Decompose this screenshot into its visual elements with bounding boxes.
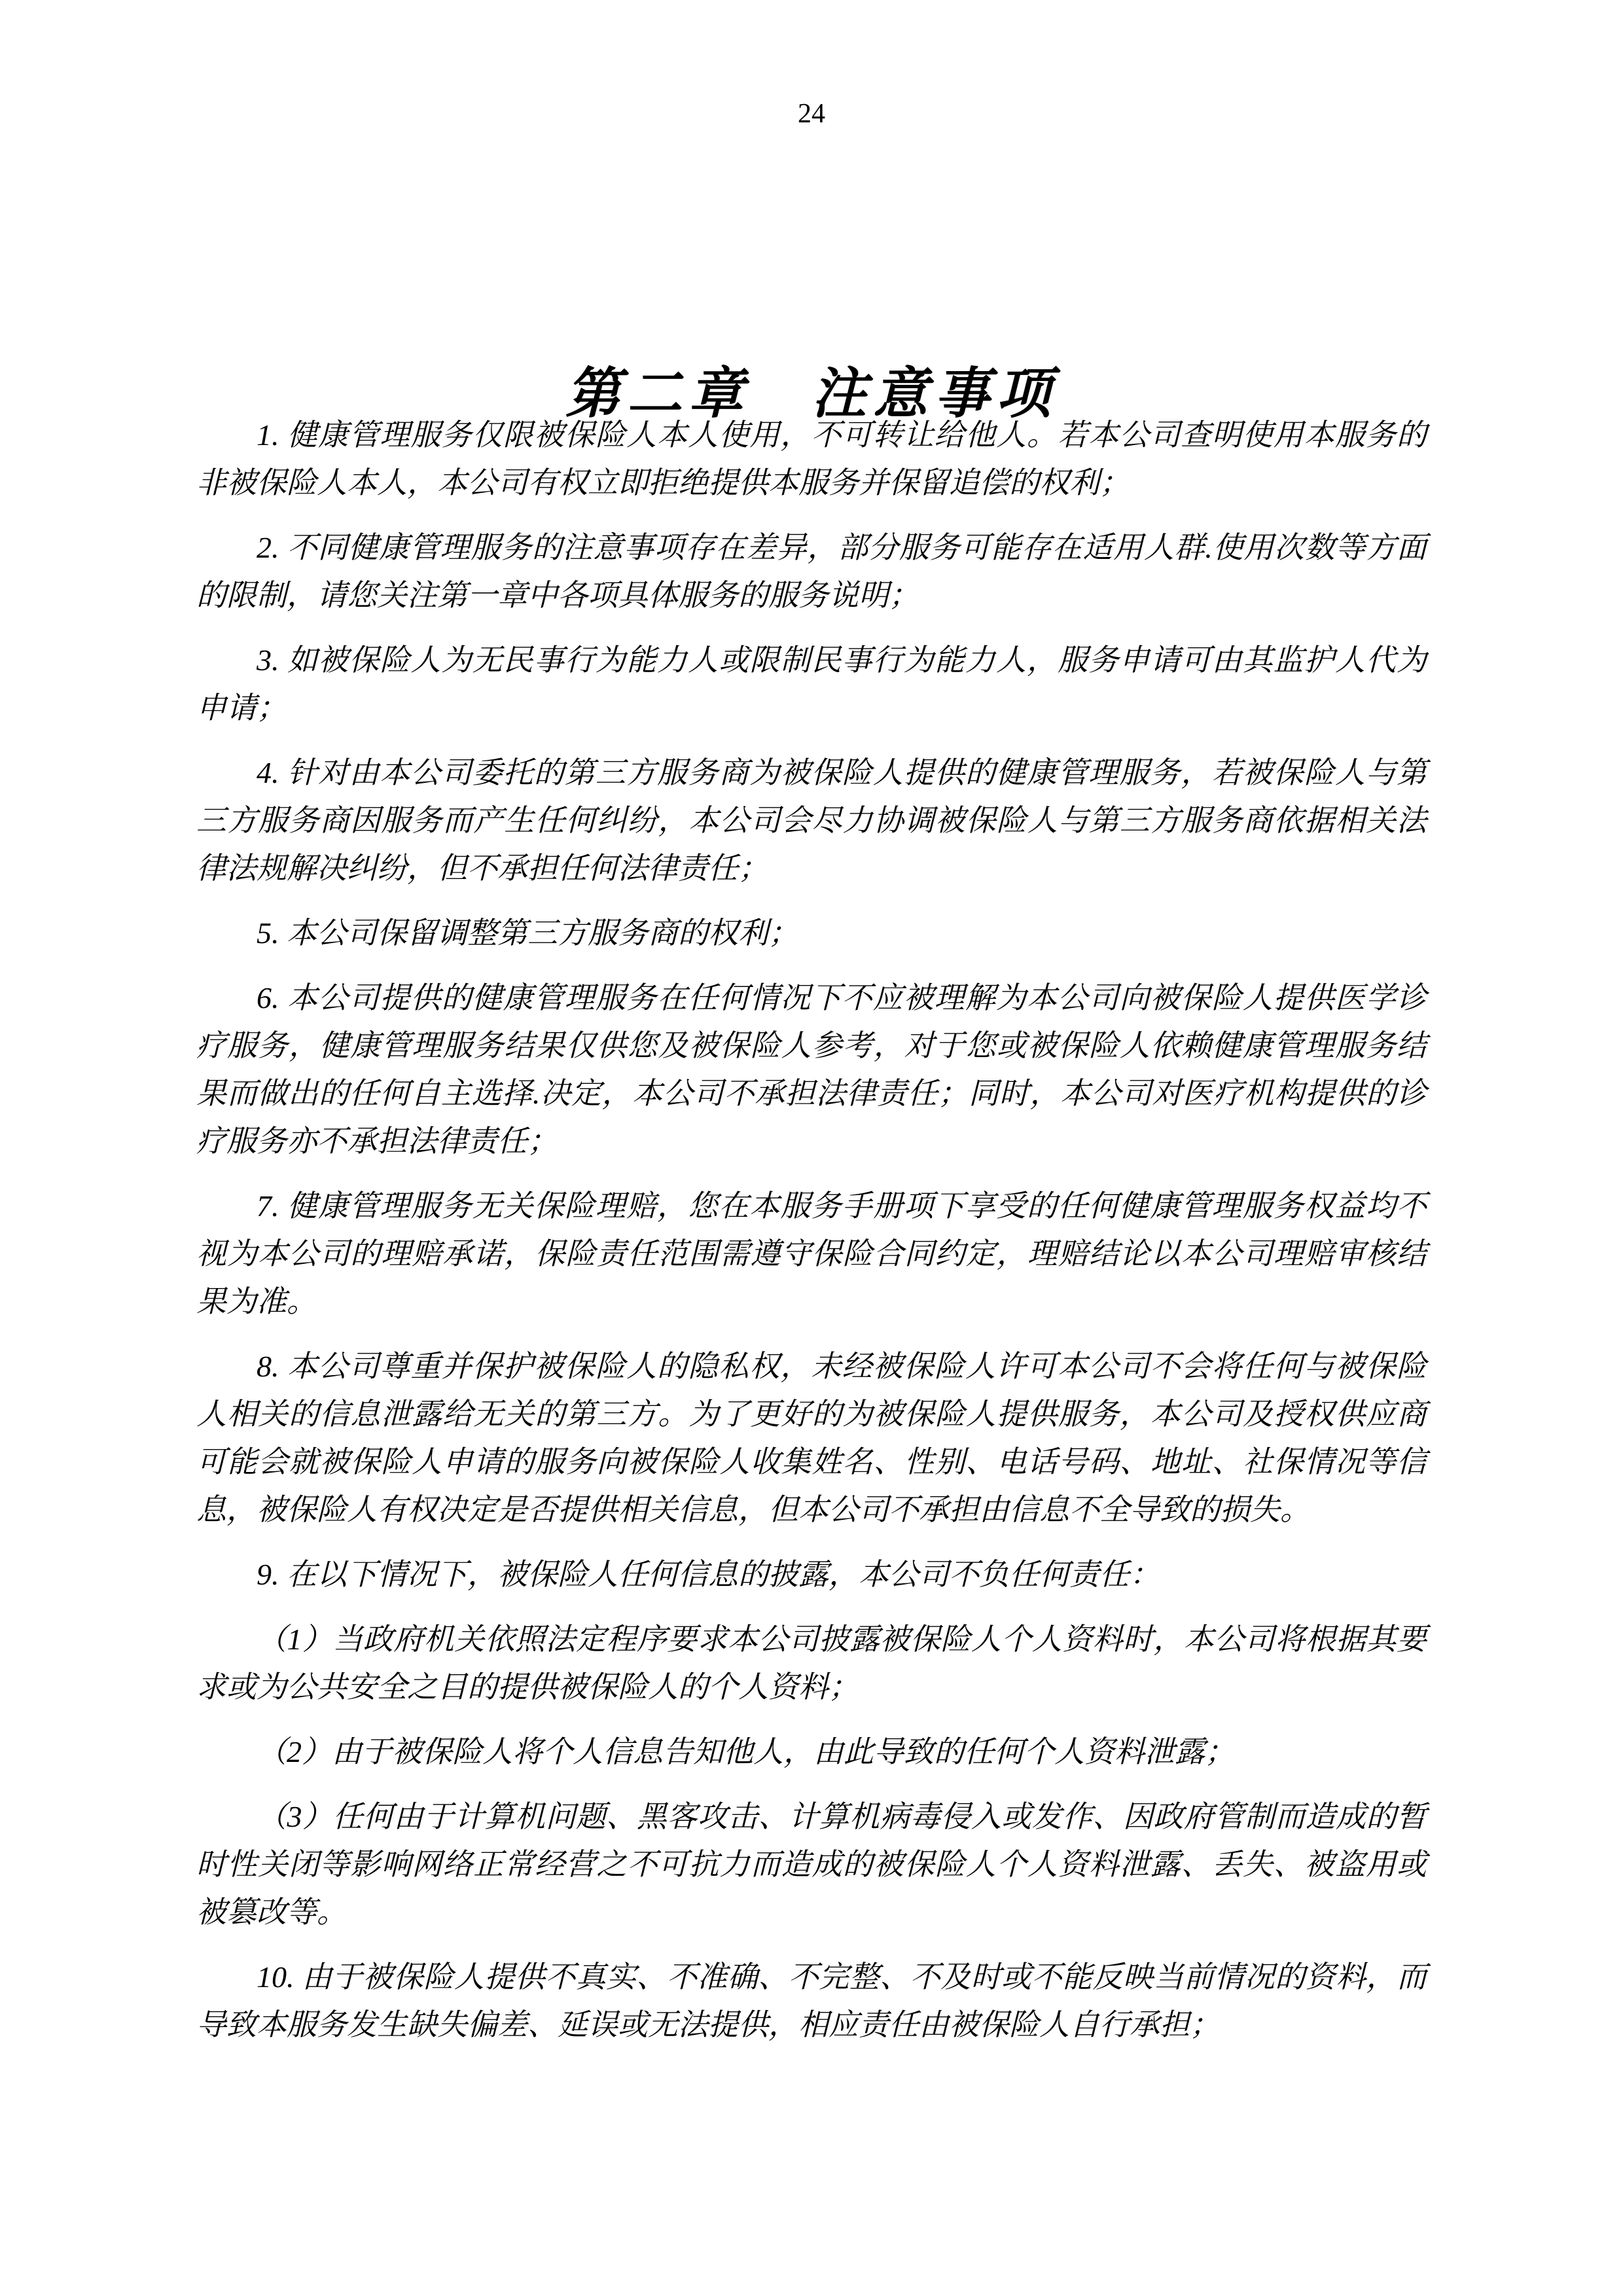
page-number: 24	[0, 97, 1623, 131]
paragraph-8: 8. 本公司尊重并保护被保险人的隐私权，未经被保险人许可本公司不会将任何与被保险…	[196, 1342, 1427, 1534]
paragraph-9: 9. 在以下情况下，被保险人任何信息的披露，本公司不负任何责任：	[196, 1551, 1427, 1598]
paragraph-10: 10. 由于被保险人提供不真实、不准确、不完整、不及时或不能反映当前情况的资料，…	[196, 1953, 1427, 2049]
paragraph-2: 2. 不同健康管理服务的注意事项存在差异，部分服务可能存在适用人群.使用次数等方…	[196, 524, 1427, 619]
document-page: 24 第二章 注意事项 1. 健康管理服务仅限被保险人本人使用，不可转让给他人。…	[0, 0, 1623, 2296]
paragraph-3: 3. 如被保险人为无民事行为能力人或限制民事行为能力人，服务申请可由其监护人代为…	[196, 636, 1427, 732]
paragraph-4: 4. 针对由本公司委托的第三方服务商为被保险人提供的健康管理服务，若被保险人与第…	[196, 749, 1427, 892]
paragraph-6: 6. 本公司提供的健康管理服务在任何情况下不应被理解为本公司向被保险人提供医学诊…	[196, 974, 1427, 1165]
paragraph-9-sub-1: （1）当政府机关依照法定程序要求本公司披露被保险人个人资料时，本公司将根据其要求…	[196, 1615, 1427, 1711]
document-body: 1. 健康管理服务仅限被保险人本人使用，不可转让给他人。若本公司查明使用本服务的…	[196, 411, 1427, 2066]
paragraph-5: 5. 本公司保留调整第三方服务商的权利；	[196, 909, 1427, 957]
paragraph-1: 1. 健康管理服务仅限被保险人本人使用，不可转让给他人。若本公司查明使用本服务的…	[196, 411, 1427, 507]
paragraph-9-sub-3: （3）任何由于计算机问题、黑客攻击、计算机病毒侵入或发作、因政府管制而造成的暂时…	[196, 1793, 1427, 1936]
paragraph-9-sub-2: （2）由于被保险人将个人信息告知他人，由此导致的任何个人资料泄露；	[196, 1728, 1427, 1776]
paragraph-7: 7. 健康管理服务无关保险理赔，您在本服务手册项下享受的任何健康管理服务权益均不…	[196, 1182, 1427, 1325]
